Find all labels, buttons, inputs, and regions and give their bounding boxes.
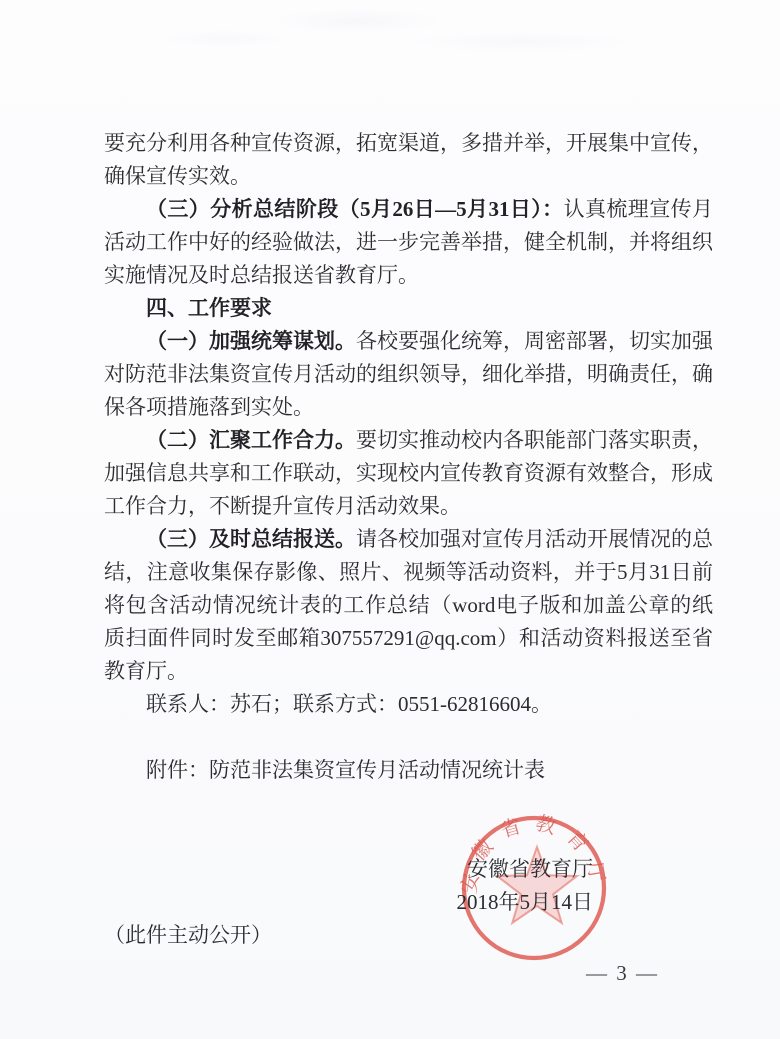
document-body: 要充分利用各种宣传资源，拓宽渠道，多措并举，开展集中宣传，确保宣传实效。 （三）… xyxy=(104,127,713,952)
contact-line: 联系人：苏石；联系方式：0551-62816604。 xyxy=(104,688,713,721)
signature-block: 安徽省教育厅 2018年5月14日 xyxy=(104,853,713,919)
bold-run: （一）加强统筹谋划。 xyxy=(146,329,356,353)
text-run: 要充分利用各种宣传资源，拓宽渠道，多措并举，开展集中宣传，确保宣传实效。 xyxy=(104,131,713,188)
scan-artifact xyxy=(60,0,720,70)
paragraph: （三）及时总结报送。请各校加强对宣传月活动开展情况的总结，注意收集保存影像、照片… xyxy=(104,523,713,688)
text-run: 联系人：苏石；联系方式：0551-62816604。 xyxy=(146,692,552,716)
paragraph: （二）汇聚工作合力。要切实推动校内各职能部门落实职责，加强信息共享和工作联动，实… xyxy=(104,424,713,523)
page-number: — 3 — xyxy=(586,961,659,986)
section-heading: 四、工作要求 xyxy=(104,292,713,325)
disclosure-note: （此件主动公开） xyxy=(104,919,713,952)
paragraph: （三）分析总结阶段（5月26日—5月31日）：认真梳理宣传月活动工作中好的经验做… xyxy=(104,193,713,292)
bold-run: （三）分析总结阶段（5月26日—5月31日）： xyxy=(146,197,564,221)
text-run: 附件：防范非法集资宣传月活动情况统计表 xyxy=(146,758,545,782)
bold-run: （三）及时总结报送。 xyxy=(146,527,356,551)
attachment-line: 附件：防范非法集资宣传月活动情况统计表 xyxy=(104,754,713,787)
paragraph: 要充分利用各种宣传资源，拓宽渠道，多措并举，开展集中宣传，确保宣传实效。 xyxy=(104,127,713,193)
paragraph: （一）加强统筹谋划。各校要强化统筹，周密部署，切实加强对防范非法集资宣传月活动的… xyxy=(104,325,713,424)
bold-run: 四、工作要求 xyxy=(146,296,272,320)
signature-date: 2018年5月14日 xyxy=(104,886,593,919)
signature-org: 安徽省教育厅 xyxy=(104,853,593,886)
document-page: 安徽省教育厅 要充分利用各种宣传资源，拓宽渠道，多措并举，开展集中宣传，确保宣传… xyxy=(0,0,780,1039)
bold-run: （二）汇聚工作合力。 xyxy=(146,428,356,452)
